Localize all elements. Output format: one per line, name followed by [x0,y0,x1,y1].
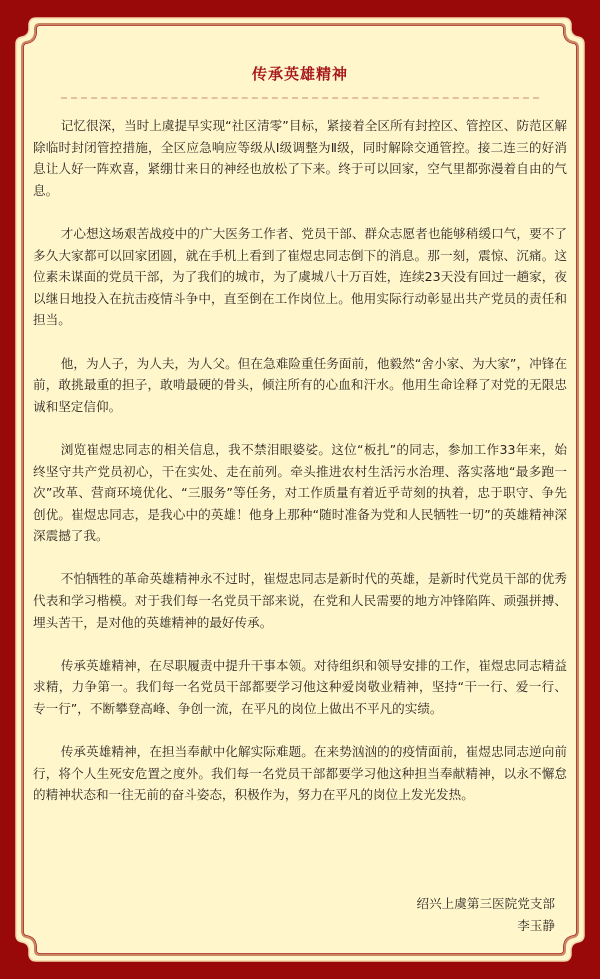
paragraph-7: 传承英雄精神，在担当奉献中化解实际难题。在来势汹汹的的疫情面前，崔煜忠同志逆向前… [33,741,567,806]
article-title: 传承英雄精神 [33,63,567,84]
paragraph-4: 浏览崔煜忠同志的相关信息，我不禁泪眼婆娑。这位“板扎”的同志，参加工作33年来，… [33,439,567,547]
paragraph-6: 传承英雄精神，在尽职履责中提升干事本领。对待组织和领导安排的工作，崔煜忠同志精益… [33,655,567,720]
title-divider [61,97,539,99]
signature-organization: 绍兴上虞第三医院党支部 [416,893,555,915]
article-body: 记忆很深，当时上虞提早实现“社区清零”目标，紧接着全区所有封控区、管控区、防范区… [33,115,567,828]
paragraph-2: 才心想这场艰苦战疫中的广大医务工作者、党员干部、群众志愿者也能够稍缓口气，要不了… [33,223,567,331]
article-container: 传承英雄精神 记忆很深，当时上虞提早实现“社区清零”目标，紧接着全区所有封控区、… [33,18,567,958]
paragraph-5: 不怕牺牲的革命英雄精神永不过时，崔煜忠同志是新时代的英雄，是新时代党员干部的优秀… [33,568,567,633]
signature-author: 李玉静 [416,915,555,937]
paragraph-1: 记忆很深，当时上虞提早实现“社区清零”目标，紧接着全区所有封控区、管控区、防范区… [33,115,567,201]
paragraph-3: 他，为人子，为人夫，为人父。但在急难险重任务面前，他毅然“舍小家、为大家”，冲锋… [33,353,567,418]
signature-block: 绍兴上虞第三医院党支部 李玉静 [416,893,555,936]
